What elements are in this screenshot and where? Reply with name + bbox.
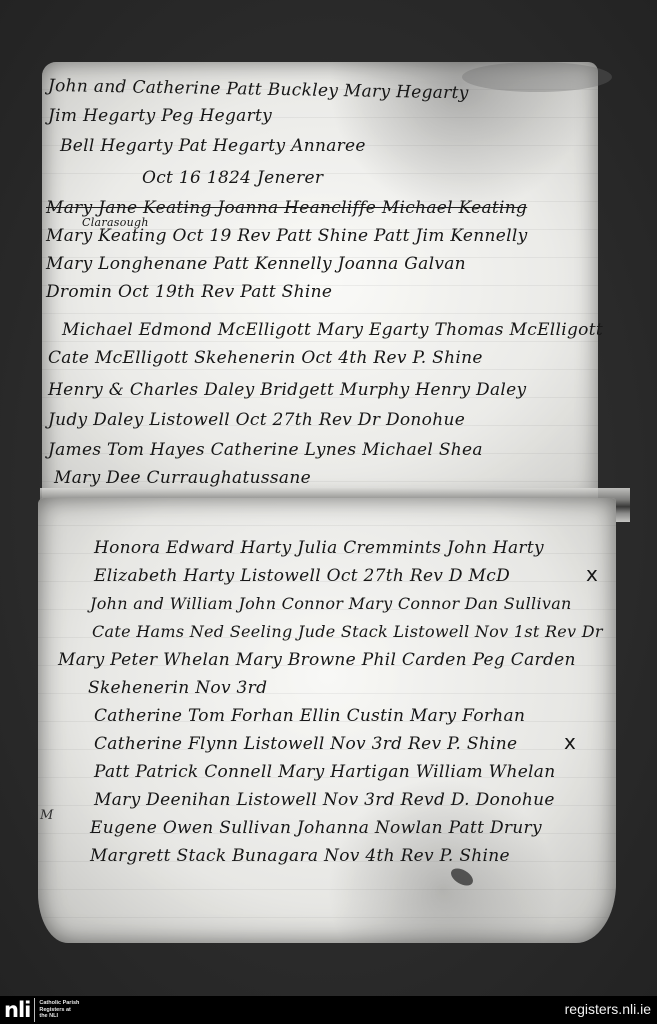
nli-logo-text: Catholic Parish Registers at the NLI <box>39 1000 79 1020</box>
entry-line: Mary Longhenane Patt Kennelly Joanna Gal… <box>46 254 466 274</box>
cross-mark: x <box>586 562 598 586</box>
entry-line: Bell Hegarty Pat Hegarty Annaree <box>60 136 366 156</box>
entry-line: Skehenerin Nov 3rd <box>88 678 267 698</box>
cross-mark: x <box>564 730 576 754</box>
site-url-link[interactable]: registers.nli.ie <box>565 1001 651 1017</box>
entry-line: Cate Hams Ned Seeling Jude Stack Listowe… <box>92 622 603 641</box>
entry-line: Cate McElligott Skehenerin Oct 4th Rev P… <box>48 348 483 368</box>
entry-line: James Tom Hayes Catherine Lynes Michael … <box>48 440 483 460</box>
entry-line: Honora Edward Harty Julia Cremmints John… <box>94 538 544 558</box>
footer-bar: nli Catholic Parish Registers at the NLI… <box>0 996 657 1024</box>
entry-line: Jim Hegarty Peg Hegarty <box>48 106 272 126</box>
entry-line: Catherine Tom Forhan Ellin Custin Mary F… <box>94 706 525 726</box>
entry-line: John and Catherine Patt Buckley Mary Heg… <box>48 76 469 103</box>
entry-line: Mary Deenihan Listowell Nov 3rd Revd D. … <box>94 790 555 810</box>
entry-line: Michael Edmond McElligott Mary Egarty Th… <box>62 320 603 340</box>
entry-line: Patt Patrick Connell Mary Hartigan Willi… <box>94 762 555 782</box>
nli-logo-mark: nli <box>4 998 35 1022</box>
ink-blot <box>448 865 476 889</box>
entry-line: Henry & Charles Daley Bridgett Murphy He… <box>48 380 526 400</box>
entry-line: Mary Dee Curraughatussane <box>54 468 311 488</box>
entry-line: Judy Daley Listowell Oct 27th Rev Dr Don… <box>48 410 465 430</box>
margin-note: M <box>40 808 53 823</box>
register-page-top: John and Catherine Patt Buckley Mary Heg… <box>42 62 598 502</box>
entry-line: Mary Peter Whelan Mary Browne Phil Carde… <box>58 650 576 670</box>
water-stain <box>462 62 612 92</box>
entry-line-struck: Mary Jane Keating Joanna Heancliffe Mich… <box>46 198 527 218</box>
nli-logo[interactable]: nli Catholic Parish Registers at the NLI <box>4 998 79 1022</box>
entry-line: Elizabeth Harty Listowell Oct 27th Rev D… <box>94 566 510 586</box>
entry-line: Dromin Oct 19th Rev Patt Shine <box>46 282 332 302</box>
entry-line: Margrett Stack Bunagara Nov 4th Rev P. S… <box>90 846 510 866</box>
entry-line: Mary Keating Oct 19 Rev Patt Shine Patt … <box>46 226 528 246</box>
entry-line: Catherine Flynn Listowell Nov 3rd Rev P.… <box>94 734 517 754</box>
logo-text-line: Catholic Parish <box>39 1000 79 1006</box>
logo-text-line: the NLI <box>39 1013 58 1019</box>
entry-line: John and William John Connor Mary Connor… <box>90 594 572 613</box>
entry-line: Eugene Owen Sullivan Johanna Nowlan Patt… <box>90 818 542 838</box>
register-page-bottom: Honora Edward Harty Julia Cremmints John… <box>38 498 616 943</box>
register-image-viewer[interactable]: John and Catherine Patt Buckley Mary Heg… <box>0 0 657 996</box>
entry-date: Oct 16 1824 Jenerer <box>142 168 323 188</box>
logo-text-line: Registers at <box>39 1007 71 1013</box>
